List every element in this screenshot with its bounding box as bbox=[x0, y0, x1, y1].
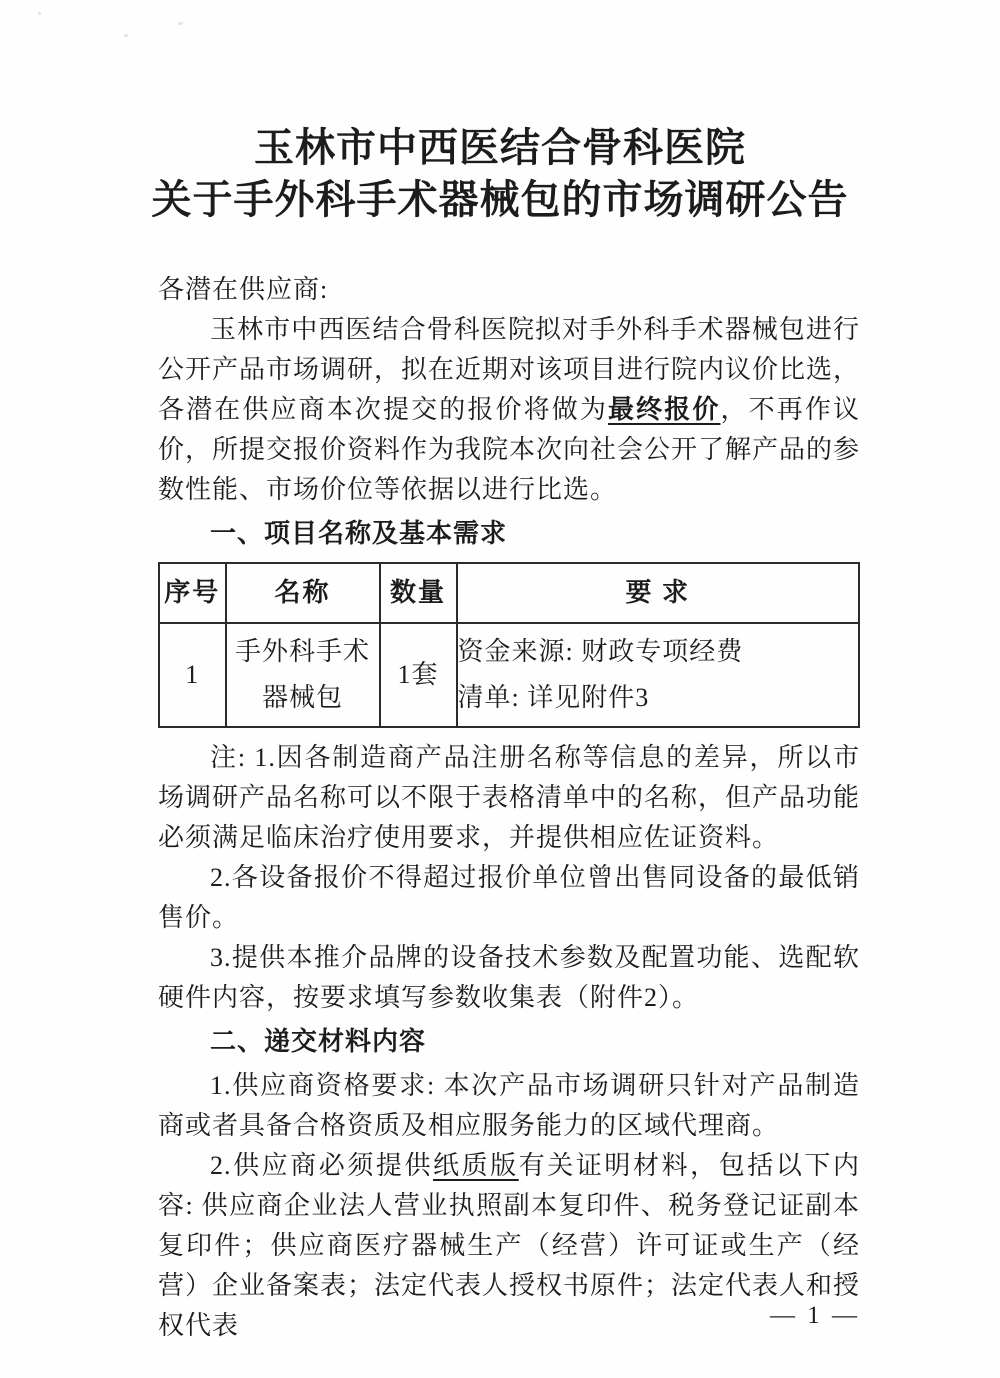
note-3-paragraph: 3.提供本推介品牌的设备技术参数及配置功能、选配软硬件内容，按要求填写参数收集表… bbox=[158, 938, 860, 1018]
section-2-heading: 二、递交材料内容 bbox=[158, 1022, 860, 1062]
salutation: 各潜在供应商: bbox=[158, 270, 860, 310]
final-quote-emphasis: 最终报价 bbox=[608, 395, 721, 424]
col-header-requirement: 要 求 bbox=[457, 563, 860, 623]
col-header-quantity: 数量 bbox=[380, 563, 457, 623]
document-title: 玉林市中西医结合骨科医院 关于手外科手术器械包的市场调研公告 bbox=[0, 122, 1000, 226]
note-1-paragraph: 注: 1.因各制造商产品注册名称等信息的差异，所以市场调研产品名称可以不限于表格… bbox=[158, 738, 860, 858]
section-1-heading: 一、项目名称及基本需求 bbox=[158, 514, 860, 554]
paper-version-emphasis: 纸质版 bbox=[433, 1151, 519, 1180]
row-name-cell: 手外科手术器械包 bbox=[226, 623, 380, 727]
materials-paragraph: 2.供应商必须提供纸质版有关证明材料，包括以下内容: 供应商企业法人营业执照副本… bbox=[158, 1146, 860, 1346]
list-reference-line: 清单: 详见附件3 bbox=[458, 675, 859, 721]
page-number: — 1 — bbox=[770, 1302, 860, 1330]
col-header-name: 名称 bbox=[226, 563, 380, 623]
table-row: 1 手外科手术器械包 1套 资金来源: 财政专项经费 清单: 详见附件3 bbox=[159, 623, 859, 727]
funding-source-line: 资金来源: 财政专项经费 bbox=[458, 629, 859, 675]
requirements-table: 序号 名称 数量 要 求 1 手外科手术器械包 1套 资金来源: 财政专项经费 … bbox=[158, 562, 860, 728]
document-page: 玉林市中西医结合骨科医院 关于手外科手术器械包的市场调研公告 各潜在供应商: 玉… bbox=[0, 0, 1000, 1378]
row-index-cell: 1 bbox=[159, 623, 226, 727]
materials-text-1: 2.供应商必须提供 bbox=[210, 1151, 433, 1180]
note-2-paragraph: 2.各设备报价不得超过报价单位曾出售同设备的最低销售价。 bbox=[158, 858, 860, 938]
intro-paragraph: 玉林市中西医结合骨科医院拟对手外科手术器械包进行公开产品市场调研，拟在近期对该项… bbox=[158, 310, 860, 510]
supplier-qualification-paragraph: 1.供应商资格要求: 本次产品市场调研只针对产品制造商或者具备合格资质及相应服务… bbox=[158, 1066, 860, 1146]
title-line-1: 玉林市中西医结合骨科医院 bbox=[0, 122, 1000, 174]
scan-artifact bbox=[38, 12, 41, 15]
table-header-row: 序号 名称 数量 要 求 bbox=[159, 563, 859, 623]
col-header-index: 序号 bbox=[159, 563, 226, 623]
scan-artifact bbox=[124, 34, 128, 37]
scan-artifact bbox=[178, 22, 183, 25]
document-body: 各潜在供应商: 玉林市中西医结合骨科医院拟对手外科手术器械包进行公开产品市场调研… bbox=[158, 270, 860, 1346]
row-quantity-cell: 1套 bbox=[380, 623, 457, 727]
row-requirement-cell: 资金来源: 财政专项经费 清单: 详见附件3 bbox=[457, 623, 860, 727]
title-line-2: 关于手外科手术器械包的市场调研公告 bbox=[0, 174, 1000, 226]
